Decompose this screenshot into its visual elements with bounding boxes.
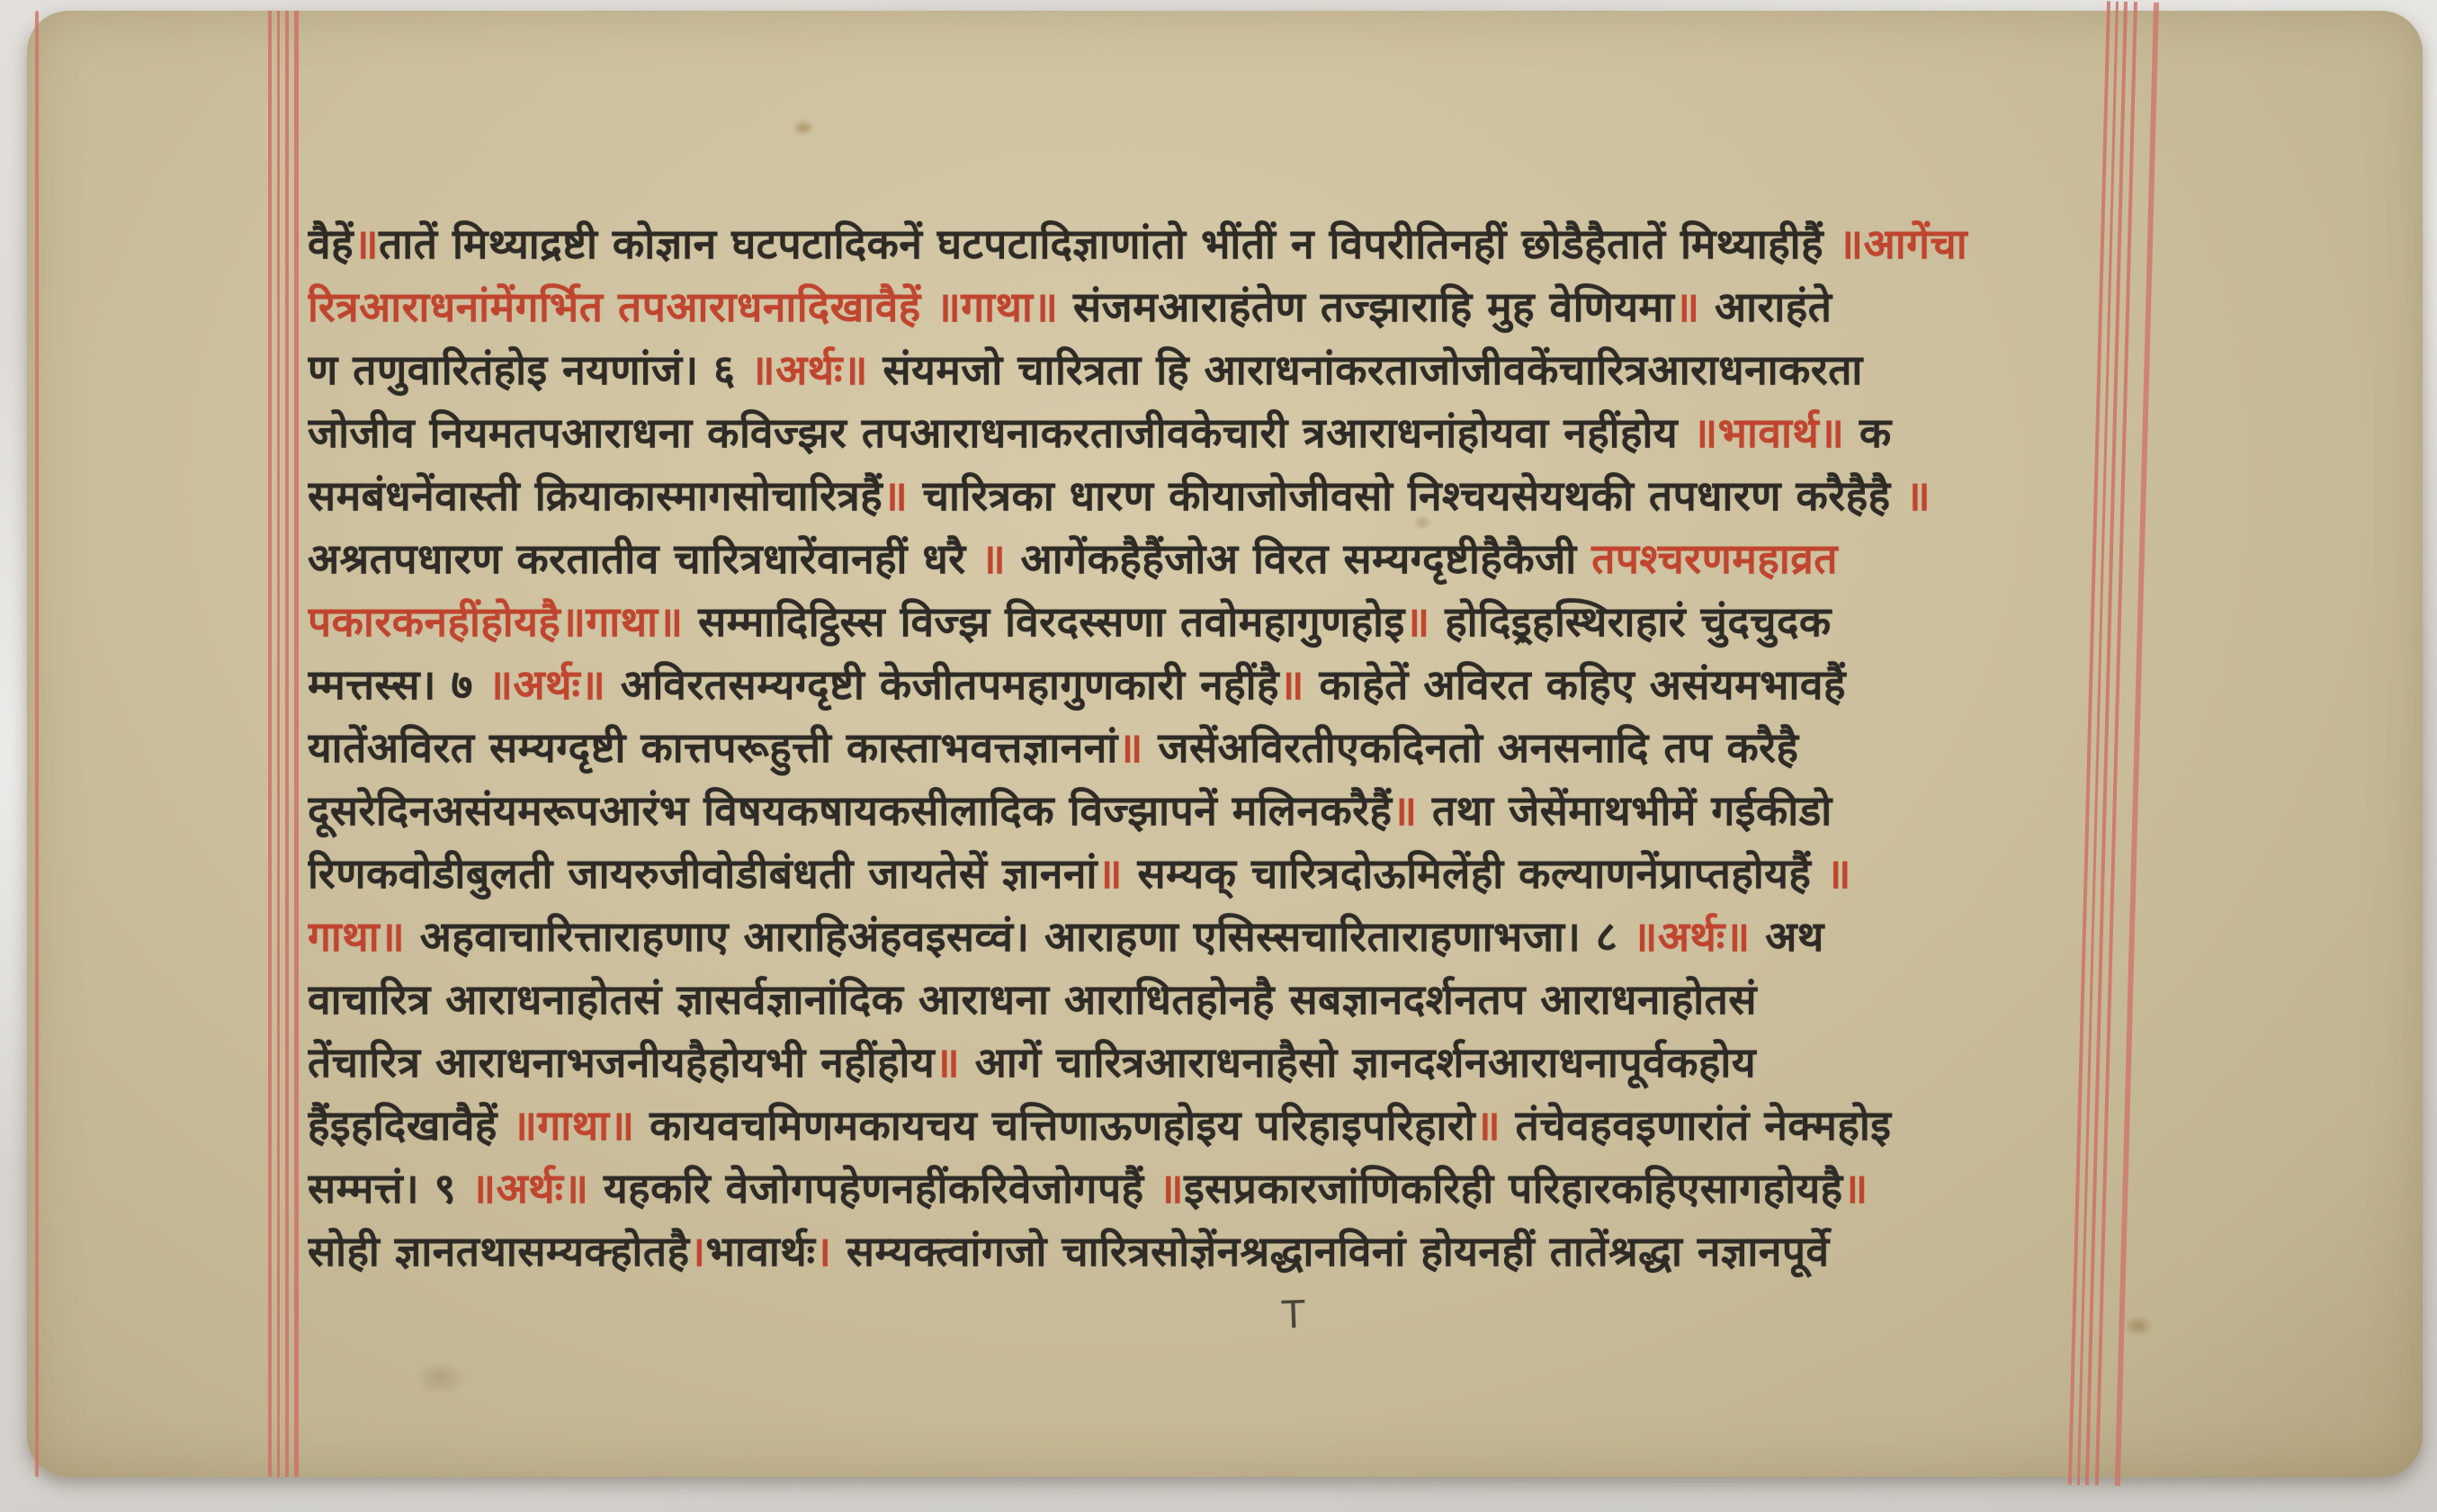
text-segment-red-ink: ॥ bbox=[354, 219, 379, 268]
text-line: सोही ज्ञानतथासम्यक्होतहै।भावार्थः। सम्यक… bbox=[308, 1221, 2240, 1284]
text-segment-red-ink: ॥ bbox=[1159, 1164, 1184, 1212]
text-line: हैंइहदिखावैहें ॥गाथा॥ कायवचमिणमकायचय चत्… bbox=[308, 1096, 2240, 1159]
text-segment-black-ink: समबंधनेंवास्ती क्रियाकास्मागसोचारित्रहैं bbox=[308, 471, 883, 520]
text-segment-red-ink: ॥अर्थः॥ bbox=[750, 345, 868, 394]
text-segment-red-ink: । bbox=[815, 1227, 831, 1275]
text-block: वैहें॥तातें मिथ्याद्रष्टी कोज्ञान घटपटाद… bbox=[308, 214, 2240, 1284]
text-segment-black-ink: अश्रतपधारण करतातीव चारित्रधारेंवानहीं धर… bbox=[308, 534, 981, 583]
text-segment-black-ink: अविरतसम्यग्दृष्टी केजीतपमहागुणकारी नहींह… bbox=[605, 660, 1279, 709]
text-line: समबंधनेंवास्ती क्रियाकास्मागसोचारित्रहैं… bbox=[308, 466, 2240, 529]
text-segment-black-ink: होदिइ्रहस्थिराहारं चुंदचुदक bbox=[1430, 597, 1832, 646]
left-margin-rules bbox=[268, 11, 304, 1477]
text-segment-black-ink: आगें चारित्रआराधनाहैसो ज्ञानदर्शनआराधनाप… bbox=[960, 1038, 1756, 1087]
text-segment-black-ink: संजमआराहंतेण तज्झाराहि मुह वेणियमा bbox=[1073, 282, 1675, 331]
text-segment-red-ink: ॥ bbox=[1826, 849, 1851, 898]
text-segment-black-ink: सम्यक्त्वांगजो चारित्रसोज्ञेंनश्रद्धानवि… bbox=[831, 1227, 1829, 1275]
text-segment-black-ink: अहवाचारित्ताराहणाए आराहिअंहवइसव्वं। आराह… bbox=[420, 912, 1633, 961]
photo-background: वैहें॥तातें मिथ्याद्रष्टी कोज्ञान घटपटाद… bbox=[0, 0, 2437, 1512]
text-segment-red-ink: ॥ bbox=[1098, 849, 1123, 898]
text-line: जोजीव नियमतपआराधना कविज्झर तपआराधनाकरताज… bbox=[308, 403, 2240, 466]
text-segment-red-ink: ॥ bbox=[1405, 597, 1430, 646]
text-segment-black-ink: आगेंकहैहैंजोअ विरत सम्यग्दृष्टीहैकैजी bbox=[1006, 534, 1591, 583]
text-segment-red-ink: ॥अर्थः॥ bbox=[471, 1164, 589, 1212]
text-segment-black-ink: सम्मत्तं। ९ bbox=[308, 1164, 471, 1212]
text-segment-red-ink: । bbox=[690, 1227, 706, 1275]
text-segment-black-ink: सम्मादिट्ठिस्स विज्झ विरदस्सणा तवोमहागुण… bbox=[698, 597, 1405, 646]
rule-line bbox=[294, 11, 299, 1477]
text-line: वैहें॥तातें मिथ्याद्रष्टी कोज्ञान घटपटाद… bbox=[308, 214, 2240, 277]
text-segment-black-ink: वाचारित्र आराधनाहोतसं ज्ञासर्वज्ञानांदिक… bbox=[308, 975, 1757, 1024]
text-segment-black-ink: तंचेवहवइणारांतं नेक्महोइ bbox=[1501, 1101, 1891, 1150]
stain bbox=[792, 119, 815, 137]
rule-line bbox=[285, 11, 289, 1477]
text-segment-red-ink: ॥गाथा॥ bbox=[512, 1101, 634, 1150]
text-line: यातेंअविरत सम्यग्दृष्टी कात्तपरूहुत्ती क… bbox=[308, 718, 2240, 781]
text-segment-red-ink: ॥ bbox=[1905, 471, 1931, 520]
text-segment-black-ink: तेंचारित्र आराधनाभजनीयहैहोयभी नहींहोय bbox=[308, 1038, 935, 1087]
rule-line bbox=[268, 11, 272, 1477]
left-edge-rule bbox=[35, 11, 39, 1477]
text-segment-black-ink: संयमजो चारित्रता हि आराधनांकरताजोजीवकेंच… bbox=[868, 345, 1863, 394]
text-segment-red-ink: पकारकनहींहोयहै॥गाथा॥ bbox=[308, 597, 698, 646]
text-line: रित्रआराधनांमेंगर्भित तपआराधनादिखावैहें … bbox=[308, 277, 2240, 340]
text-line: दूसरेदिनअसंयमरूपआरंभ विषयकषायकसीलादिक वि… bbox=[308, 781, 2240, 844]
text-segment-red-ink: ॥ bbox=[1674, 282, 1699, 331]
text-segment-black-ink: तथा जेसेंमाथभीमें गईकीडो bbox=[1418, 786, 1832, 835]
text-segment-black-ink: भावार्थः bbox=[706, 1227, 816, 1275]
text-segment-red-ink: ॥ bbox=[1279, 660, 1304, 709]
text-segment-red-ink: ॥भावार्थ॥ bbox=[1693, 408, 1845, 457]
text-segment-black-ink: जोजीव नियमतपआराधना कविज्झर तपआराधनाकरताज… bbox=[308, 408, 1693, 457]
text-segment-black-ink: काहेतें अविरत कहिए असंयमभावहैं bbox=[1304, 660, 1846, 709]
text-line: सम्मत्तं। ९ ॥अर्थः॥ यहकरि वेजोगपहेणनहींक… bbox=[308, 1159, 2240, 1221]
text-segment-red-ink: ॥अर्थः॥ bbox=[1633, 912, 1751, 961]
text-segment-black-ink: रिणकवोडीबुलती जायरुजीवोडीबंधती जायतेसें … bbox=[308, 849, 1098, 898]
text-segment-black-ink: यातेंअविरत सम्यग्दृष्टी कात्तपरूहुत्ती क… bbox=[308, 723, 1118, 772]
text-segment-red-ink: गाथा॥ bbox=[308, 912, 420, 961]
text-segment-red-ink: ॥ bbox=[981, 534, 1006, 583]
text-segment-black-ink: सोही ज्ञानतथासम्यक्होतहै bbox=[308, 1227, 690, 1275]
text-line: रिणकवोडीबुलती जायरुजीवोडीबंधती जायतेसें … bbox=[308, 844, 2240, 907]
text-segment-black-ink: म्मत्तस्स। ७ bbox=[308, 660, 488, 709]
text-segment-red-ink: ॥ bbox=[1392, 786, 1417, 835]
text-segment-black-ink: तातें मिथ्याद्रष्टी कोज्ञान घटपटादिकनें … bbox=[379, 219, 1838, 268]
text-line: तेंचारित्र आराधनाभजनीयहैहोयभी नहींहोय॥ आ… bbox=[308, 1033, 2240, 1096]
text-segment-red-ink: ॥आगेंचा bbox=[1839, 219, 1968, 268]
rule-line bbox=[277, 11, 280, 1477]
stain bbox=[414, 1360, 468, 1396]
text-segment-red-ink: रित्रआराधनांमेंगर्भित तपआराधनादिखावैहें … bbox=[308, 282, 1073, 331]
text-segment-black-ink: इसप्रकारजांणिकरिही परिहारकहिएसागहोयहै bbox=[1184, 1164, 1843, 1212]
text-segment-red-ink: ॥ bbox=[1118, 723, 1143, 772]
text-segment-black-ink: वैहें bbox=[308, 219, 354, 268]
text-segment-red-ink: ॥ bbox=[1843, 1164, 1868, 1212]
pencil-mark-t: T bbox=[1281, 1293, 1305, 1338]
text-segment-red-ink: ॥ bbox=[1475, 1101, 1501, 1150]
text-line: पकारकनहींहोयहै॥गाथा॥ सम्मादिट्ठिस्स विज्… bbox=[308, 592, 2240, 655]
text-segment-black-ink: कायवचमिणमकायचय चत्तिणाऊणहोइय परिहाइपरिहा… bbox=[635, 1101, 1476, 1150]
text-segment-black-ink: यहकरि वेजोगपहेणनहींकरिवेजोगपहैं bbox=[588, 1164, 1159, 1212]
text-segment-red-ink: ॥अर्थः॥ bbox=[488, 660, 605, 709]
text-segment-black-ink: चारित्रका धारण कीयाजोजीवसो निश्चयसेयथकी … bbox=[908, 471, 1905, 520]
text-line: अश्रतपधारण करतातीव चारित्रधारेंवानहीं धर… bbox=[308, 529, 2240, 592]
manuscript-page: वैहें॥तातें मिथ्याद्रष्टी कोज्ञान घटपटाद… bbox=[27, 11, 2423, 1477]
text-segment-black-ink: सम्यक् चारित्रदोऊमिलेंही कल्याणनेंप्राप्… bbox=[1123, 849, 1826, 898]
text-line: म्मत्तस्स। ७ ॥अर्थः॥ अविरतसम्यग्दृष्टी क… bbox=[308, 655, 2240, 718]
text-segment-red-ink: ॥ bbox=[883, 471, 908, 520]
text-line: गाथा॥ अहवाचारित्ताराहणाए आराहिअंहवइसव्वं… bbox=[308, 907, 2240, 970]
text-segment-black-ink: अथ bbox=[1751, 912, 1824, 961]
text-segment-black-ink: जसेंअविरतीएकदिनतो अनसनादि तप करैहै bbox=[1143, 723, 1799, 772]
text-segment-red-ink: ॥ bbox=[935, 1038, 960, 1087]
text-segment-black-ink: क bbox=[1844, 408, 1891, 457]
text-segment-black-ink: हैंइहदिखावैहें bbox=[308, 1101, 512, 1150]
text-line: ण तणुवारितंहोइ नयणांजं। ६ ॥अर्थः॥ संयमजो… bbox=[308, 340, 2240, 403]
text-line: वाचारित्र आराधनाहोतसं ज्ञासर्वज्ञानांदिक… bbox=[308, 970, 2240, 1033]
text-segment-black-ink: दूसरेदिनअसंयमरूपआरंभ विषयकषायकसीलादिक वि… bbox=[308, 786, 1392, 835]
text-segment-black-ink: ण तणुवारितंहोइ नयणांजं। ६ bbox=[308, 345, 750, 394]
text-segment-black-ink: आराहंते bbox=[1700, 282, 1832, 331]
text-segment-red-ink: तपश्चरणमहाव्रत bbox=[1591, 534, 1838, 583]
stain bbox=[2123, 1315, 2154, 1337]
